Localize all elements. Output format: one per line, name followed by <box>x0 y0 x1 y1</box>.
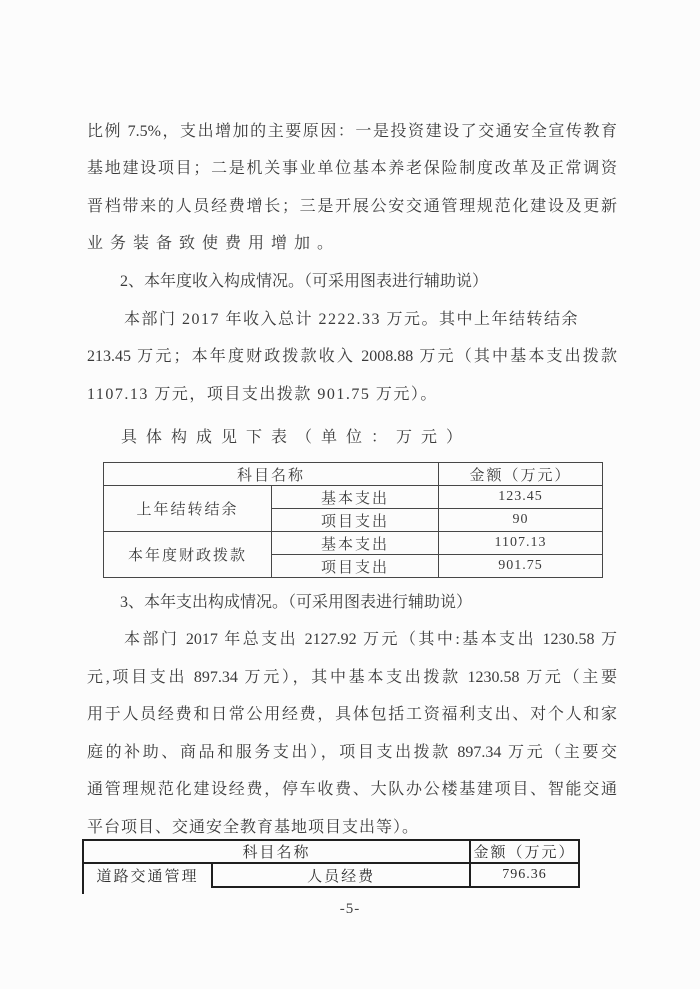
table-left-border-stub <box>82 886 84 894</box>
table-cell-category: 道路交通管理 <box>83 863 212 887</box>
paragraph-line: 1107.13 万元，项目支出拨款 901.75 万元）。 <box>87 384 617 406</box>
paragraph-line: 本部门 2017 年收入总计 2222.33 万元。其中上年结转结余 <box>87 309 617 331</box>
paragraph-line: 平台项目、交通安全教育基地项目支出等）。 <box>87 817 617 839</box>
table-row: 本年度财政拨款 基本支出 1107.13 <box>104 532 603 555</box>
income-table-header-subject: 科目名称 <box>104 463 439 486</box>
paragraph-line: 比例 7.5%，支出增加的主要原因：一是投资建设了交通安全宣传教育 <box>87 121 617 143</box>
paragraph-line: 业务装备致使费用增加。 <box>87 233 617 255</box>
section-heading: 2、本年度收入构成情况。（可采用图表进行辅助说） <box>120 271 660 293</box>
paragraph-line: 213.45 万元；本年度财政拨款收入 2008.88 万元（其中基本支出拨款 <box>87 346 617 368</box>
expense-table-header-amount: 金额（万元） <box>470 840 579 863</box>
table-cell-amount: 901.75 <box>439 555 603 578</box>
income-table: 科目名称 金额（万元） 上年结转结余 基本支出 123.45 项目支出 90 本… <box>103 462 603 578</box>
expense-table-header-row: 科目名称 金额（万元） <box>83 840 579 863</box>
table-cell-item: 人员经费 <box>212 863 470 887</box>
table-cell-group: 上年结转结余 <box>104 486 272 532</box>
table-cell-amount: 1107.13 <box>439 532 603 555</box>
table-row: 上年结转结余 基本支出 123.45 <box>104 486 603 509</box>
page-number: -5- <box>0 901 700 918</box>
table-cell-type: 项目支出 <box>272 509 439 532</box>
paragraph-line: 基地建设项目；二是机关事业单位基本养老保险制度改革及正常调资 <box>87 158 617 180</box>
expense-table-header-subject: 科目名称 <box>83 840 470 863</box>
paragraph-line: 庭的补助、商品和服务支出），项目支出拨款 897.34 万元（主要交 <box>87 742 617 764</box>
income-table-header-amount: 金额（万元） <box>439 463 603 486</box>
paragraph-line: 通管理规范化建设经费，停车收费、大队办公楼基建项目、智能交通 <box>87 779 617 801</box>
table-cell-group: 本年度财政拨款 <box>104 532 272 578</box>
paragraph-line: 本部门 2017 年总支出 2127.92 万元（其中:基本支出 1230.58… <box>87 629 617 651</box>
income-table-header-row: 科目名称 金额（万元） <box>104 463 603 486</box>
table-cell-amount: 123.45 <box>439 486 603 509</box>
table-row: 道路交通管理 人员经费 796.36 <box>83 863 579 887</box>
table-cell-type: 基本支出 <box>272 532 439 555</box>
expense-table: 科目名称 金额（万元） 道路交通管理 人员经费 796.36 <box>82 839 580 888</box>
table-cell-type: 项目支出 <box>272 555 439 578</box>
table-cell-amount: 796.36 <box>470 863 579 887</box>
table-cell-amount: 90 <box>439 509 603 532</box>
paragraph-line: 用于人员经费和日常公用经费，具体包括工资福利支出、对个人和家 <box>87 704 617 726</box>
paragraph-line: 晋档带来的人员经费增长；三是开展公安交通管理规范化建设及更新 <box>87 196 617 218</box>
table-caption: 具体构成见下表（单位：万元） <box>121 427 661 449</box>
paragraph-line: 元,项目支出 897.34 万元），其中基本支出拨款 1230.58 万元（主要 <box>87 667 617 689</box>
document-page: 比例 7.5%，支出增加的主要原因：一是投资建设了交通安全宣传教育 基地建设项目… <box>0 0 700 989</box>
section-heading: 3、本年支出构成情况。（可采用图表进行辅助说） <box>120 592 660 614</box>
table-cell-type: 基本支出 <box>272 486 439 509</box>
